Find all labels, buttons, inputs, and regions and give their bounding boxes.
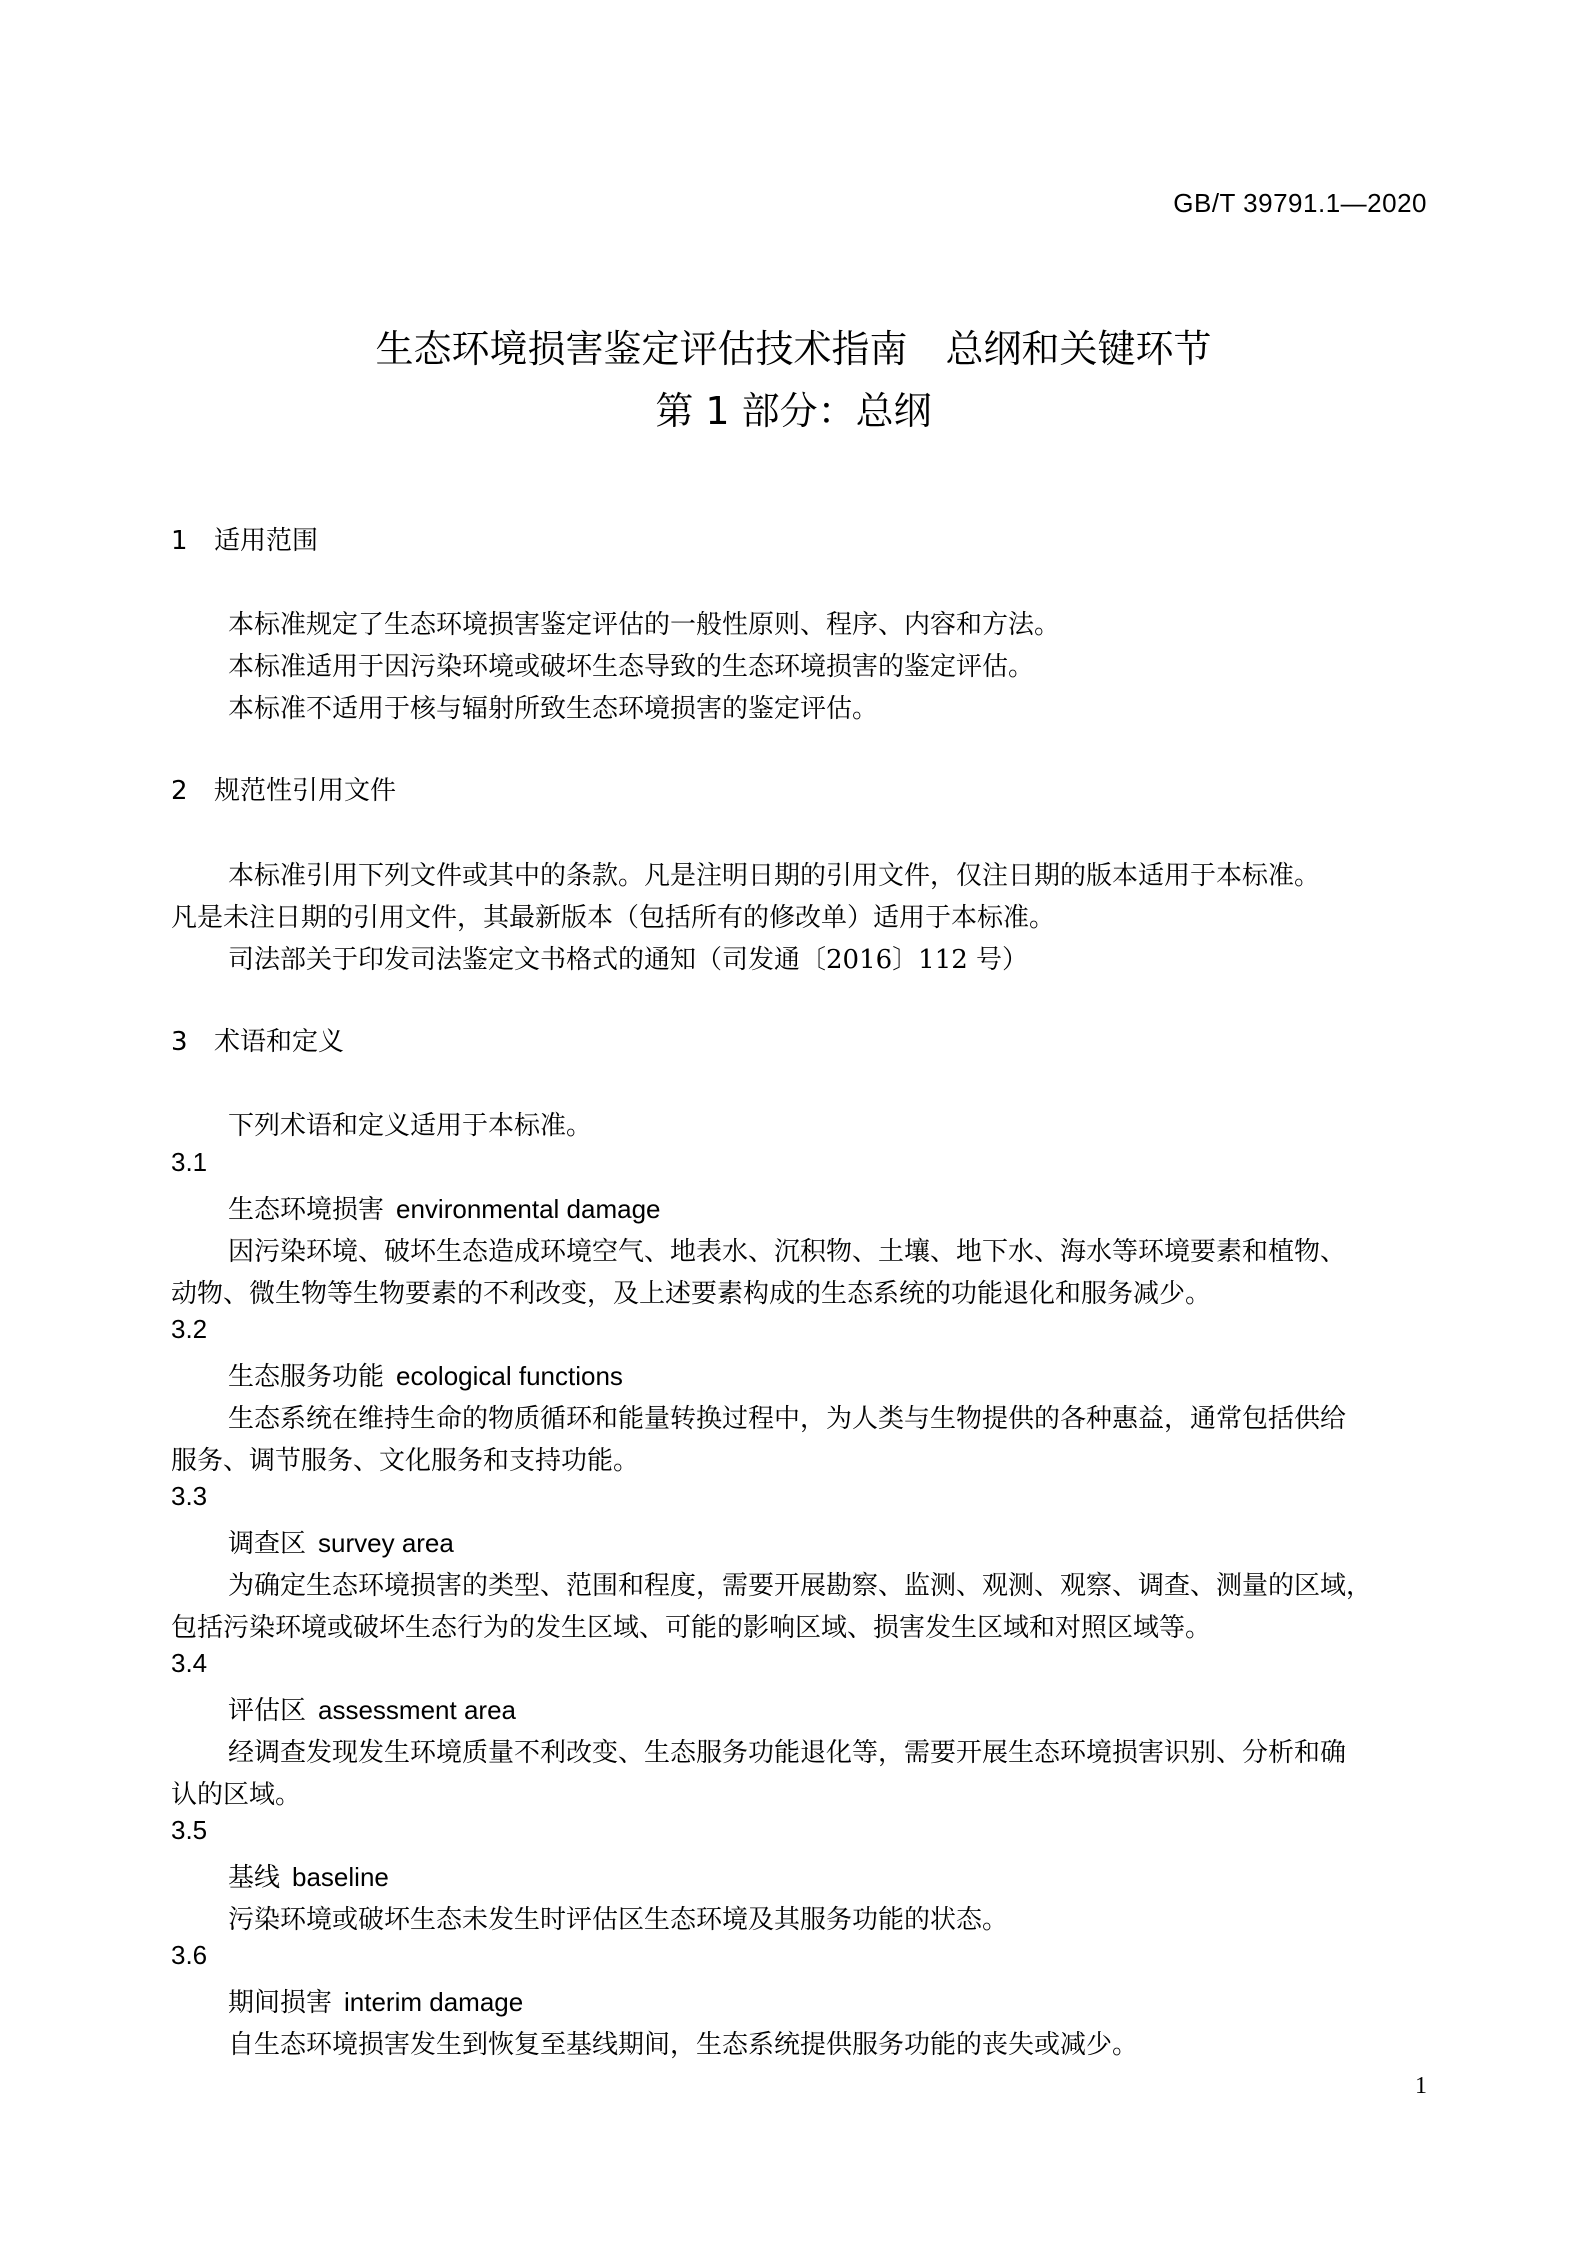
section-title: 规范性引用文件 xyxy=(214,776,396,806)
paragraph: 本标准适用于因污染环境或破坏生态导致的生态环境损害的鉴定评估。 xyxy=(228,646,1034,683)
clause-number: 3.4 xyxy=(171,1648,207,1679)
clause-number: 3.6 xyxy=(171,1940,207,1971)
term-definition: 污染环境或破坏生态未发生时评估区生态环境及其服务功能的状态。 xyxy=(228,1899,1008,1936)
term-en: environmental damage xyxy=(396,1194,661,1224)
term-definition: 包括污染环境或破坏生态行为的发生区域、可能的影响区域、损害发生区域和对照区域等。 xyxy=(171,1607,1211,1644)
term-definition: 服务、调节服务、文化服务和支持功能。 xyxy=(171,1440,639,1477)
term-definition: 动物、微生物等生物要素的不利改变，及上述要素构成的生态系统的功能退化和服务减少。 xyxy=(171,1273,1211,1310)
clause-number: 3.1 xyxy=(171,1147,207,1178)
clause-number: 3.3 xyxy=(171,1481,207,1512)
document-subtitle: 第 1 部分：总纲 xyxy=(0,380,1587,435)
term-heading: 评估区assessment area xyxy=(228,1690,516,1727)
paragraph-continuation: 凡是未注日期的引用文件，其最新版本（包括所有的修改单）适用于本标准。 xyxy=(171,897,1055,934)
term-heading: 基线baseline xyxy=(228,1857,389,1894)
section-heading-2: 2规范性引用文件 xyxy=(171,770,396,807)
section-heading-1: 1适用范围 xyxy=(171,520,318,557)
term-heading: 生态环境损害environmental damage xyxy=(228,1189,661,1226)
section-heading-3: 3术语和定义 xyxy=(171,1021,344,1058)
term-heading: 生态服务功能ecological functions xyxy=(228,1356,623,1393)
term-zh: 期间损害 xyxy=(228,1988,332,2018)
normative-reference: 司法部关于印发司法鉴定文书格式的通知（司发通〔2016〕112 号） xyxy=(228,939,1028,976)
term-zh: 评估区 xyxy=(228,1696,306,1726)
clause-number: 3.2 xyxy=(171,1314,207,1345)
term-en: interim damage xyxy=(344,1987,523,2017)
paragraph: 本标准规定了生态环境损害鉴定评估的一般性原则、程序、内容和方法。 xyxy=(228,604,1060,641)
paragraph: 本标准不适用于核与辐射所致生态环境损害的鉴定评估。 xyxy=(228,688,878,725)
term-heading: 期间损害interim damage xyxy=(228,1982,523,2019)
section-title: 适用范围 xyxy=(214,526,318,556)
term-zh: 生态环境损害 xyxy=(228,1195,384,1225)
term-zh: 生态服务功能 xyxy=(228,1362,384,1392)
term-heading: 调查区survey area xyxy=(228,1523,454,1560)
standard-code: GB/T 39791.1—2020 xyxy=(1173,188,1427,219)
term-definition: 认的区域。 xyxy=(171,1774,301,1811)
term-definition: 自生态环境损害发生到恢复至基线期间，生态系统提供服务功能的丧失或减少。 xyxy=(228,2024,1138,2061)
term-en: baseline xyxy=(292,1862,389,1892)
term-zh: 调查区 xyxy=(228,1529,306,1559)
term-definition: 为确定生态环境损害的类型、范围和程度，需要开展勘察、监测、观测、观察、调查、测量… xyxy=(228,1565,1372,1602)
document-title: 生态环境损害鉴定评估技术指南 总纲和关键环节 xyxy=(0,318,1587,373)
paragraph: 本标准引用下列文件或其中的条款。凡是注明日期的引用文件，仅注日期的版本适用于本标… xyxy=(228,855,1320,892)
section-number: 2 xyxy=(171,776,214,806)
term-en: ecological functions xyxy=(396,1361,623,1391)
clause-number: 3.5 xyxy=(171,1815,207,1846)
term-definition: 生态系统在维持生命的物质循环和能量转换过程中，为人类与生物提供的各种惠益，通常包… xyxy=(228,1398,1346,1435)
term-definition: 经调查发现发生环境质量不利改变、生态服务功能退化等，需要开展生态环境损害识别、分… xyxy=(228,1732,1346,1769)
paragraph: 下列术语和定义适用于本标准。 xyxy=(228,1105,592,1142)
term-en: survey area xyxy=(318,1528,454,1558)
page-number: 1 xyxy=(1415,2073,1427,2100)
section-title: 术语和定义 xyxy=(214,1027,344,1057)
term-definition: 因污染环境、破坏生态造成环境空气、地表水、沉积物、土壤、地下水、海水等环境要素和… xyxy=(228,1231,1346,1268)
term-zh: 基线 xyxy=(228,1863,280,1893)
section-number: 3 xyxy=(171,1027,214,1057)
term-en: assessment area xyxy=(318,1695,516,1725)
section-number: 1 xyxy=(171,526,214,556)
document-page: GB/T 39791.1—2020 生态环境损害鉴定评估技术指南 总纲和关键环节… xyxy=(0,0,1587,2245)
